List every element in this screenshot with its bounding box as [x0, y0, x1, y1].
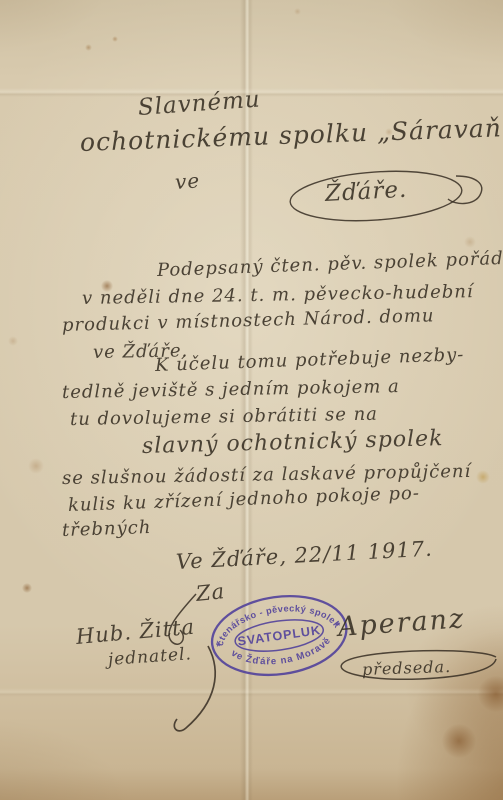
- stain: [112, 36, 118, 42]
- stain: [28, 458, 44, 474]
- stain: [22, 583, 32, 593]
- body-line: tedlně jeviště s jedním pokojem a: [62, 376, 400, 403]
- date-line: Ve Žďáře, 22/11 1917.: [175, 537, 433, 574]
- stamp-center-text: SVATOPLUK: [237, 623, 322, 649]
- signature-right-name: Aperanz: [337, 603, 466, 643]
- stain: [476, 470, 490, 484]
- signature-right-role: předseda.: [362, 657, 452, 679]
- body-line: tu dovolujeme si obrátiti se na: [70, 404, 378, 430]
- stain: [294, 8, 301, 15]
- body-line: Podepsaný čten. pěv. spolek pořádá: [157, 247, 503, 281]
- stain: [8, 336, 18, 346]
- stain: [464, 236, 476, 248]
- stain: [85, 44, 92, 51]
- signature-left-flourish: [90, 640, 230, 740]
- body-line: třebných: [62, 517, 152, 541]
- body-line: K účelu tomu potřebuje nezby-: [155, 344, 465, 376]
- stain: [442, 724, 476, 758]
- header-ve: ve: [174, 168, 201, 194]
- letter-page: Slavnému ochotnickému spolku „Sáravaň“ v…: [0, 0, 503, 800]
- fold-crease-horizontal: [0, 688, 503, 697]
- body-emphasis-line: slavný ochotnický spolek: [142, 426, 444, 459]
- header-place: Žďáře.: [324, 177, 408, 207]
